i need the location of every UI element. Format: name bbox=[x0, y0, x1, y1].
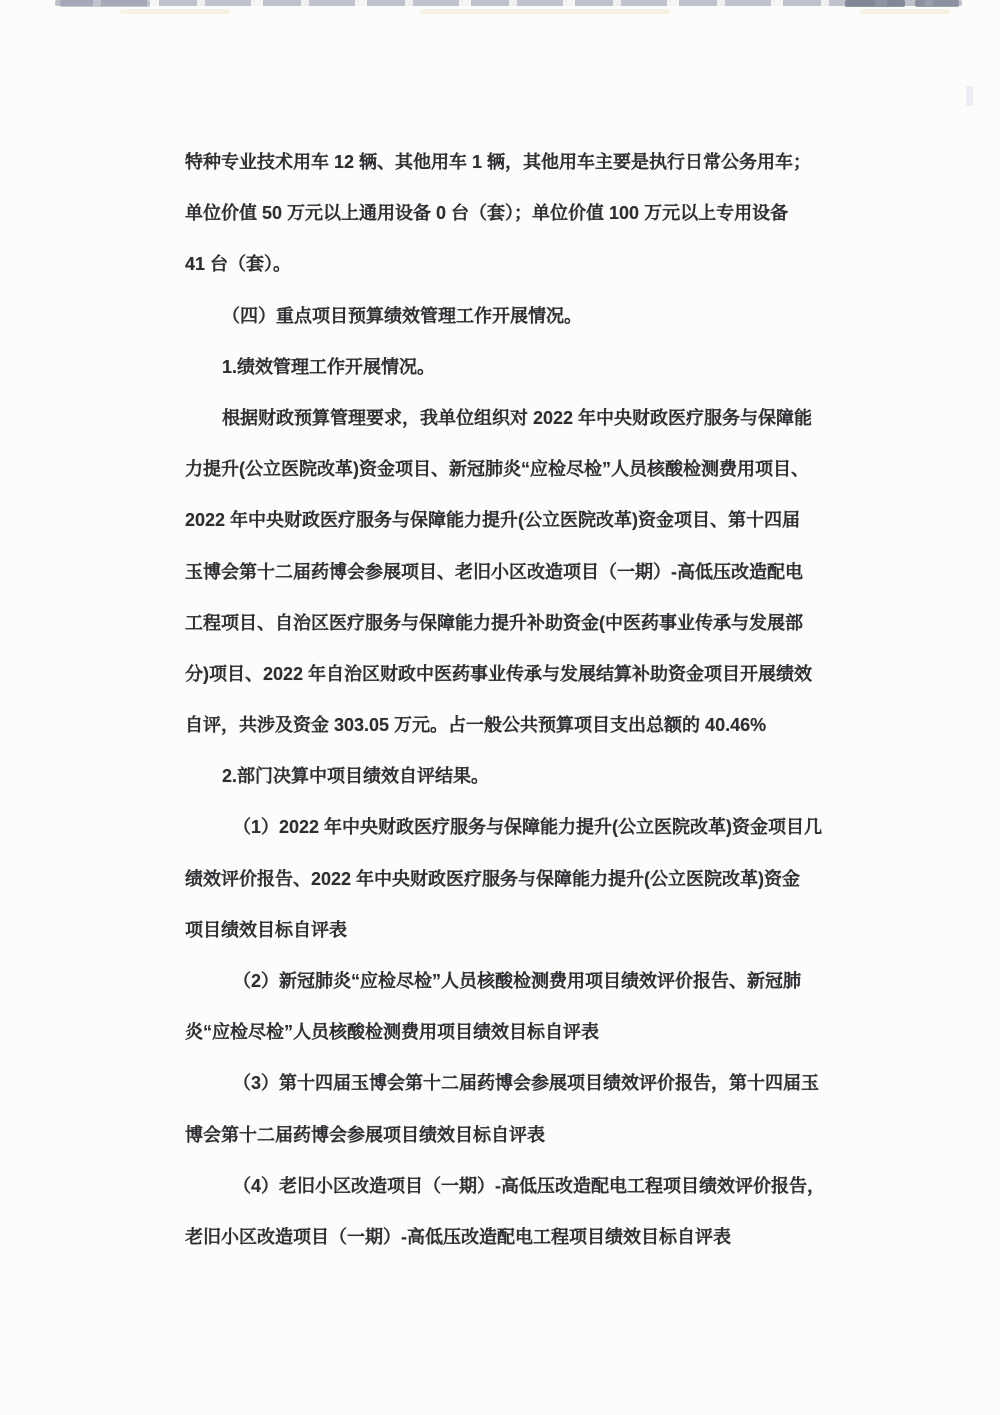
text-line: 根据财政预算管理要求，我单位组织对 2022 年中央财政医疗服务与保障能 bbox=[222, 393, 832, 444]
text-line: 单位价值 50 万元以上通用设备 0 台（套）；单位价值 100 万元以上专用设… bbox=[185, 188, 832, 239]
scan-artifact-dash bbox=[915, 0, 959, 7]
scan-artifact-top-edge bbox=[55, 0, 962, 6]
text-line: 老旧小区改造项目（一期）-高低压改造配电工程项目绩效目标自评表 bbox=[185, 1212, 832, 1263]
scan-artifact-smear bbox=[120, 9, 230, 14]
scan-artifact-right-edge bbox=[966, 86, 973, 106]
text-line: 特种专业技术用车 12 辆、其他用车 1 辆，其他用车主要是执行日常公务用车； bbox=[185, 137, 832, 188]
list-item-line: （2）新冠肺炎“应检尽检”人员核酸检测费用项目绩效评价报告、新冠肺 bbox=[233, 956, 832, 1007]
text-line: 项目绩效目标自评表 bbox=[185, 905, 832, 956]
list-item-line: （4）老旧小区改造项目（一期）-高低压改造配电工程项目绩效评价报告， bbox=[233, 1161, 832, 1212]
scanned-document-page: 特种专业技术用车 12 辆、其他用车 1 辆，其他用车主要是执行日常公务用车； … bbox=[0, 0, 1000, 1415]
text-line: 绩效评价报告、2022 年中央财政医疗服务与保障能力提升(公立医院改革)资金 bbox=[185, 854, 832, 905]
scan-artifact-dash bbox=[60, 0, 150, 7]
text-line: 博会第十二届药博会参展项目绩效目标自评表 bbox=[185, 1110, 832, 1161]
text-line: 力提升(公立医院改革)资金项目、新冠肺炎“应检尽检”人员核酸检测费用项目、 bbox=[185, 444, 832, 495]
text-line: 玉博会第十二届药博会参展项目、老旧小区改造项目（一期）-高低压改造配电 bbox=[185, 547, 832, 598]
subsection-heading: 2.部门决算中项目绩效自评结果。 bbox=[222, 751, 832, 802]
text-line: 炎“应检尽检”人员核酸检测费用项目绩效目标自评表 bbox=[185, 1007, 832, 1058]
text-line: 41 台（套）。 bbox=[185, 239, 832, 290]
subsection-heading: 1.绩效管理工作开展情况。 bbox=[222, 342, 832, 393]
document-body: 特种专业技术用车 12 辆、其他用车 1 辆，其他用车主要是执行日常公务用车； … bbox=[185, 137, 832, 1263]
list-item-line: （3）第十四届玉博会第十二届药博会参展项目绩效评价报告，第十四届玉 bbox=[233, 1058, 832, 1109]
scan-artifact-smear bbox=[420, 9, 670, 14]
text-line: 自评，共涉及资金 303.05 万元。占一般公共预算项目支出总额的 40.46% bbox=[185, 700, 832, 751]
scan-artifact-smear bbox=[860, 9, 950, 14]
text-line: 分)项目、2022 年自治区财政中医药事业传承与发展结算补助资金项目开展绩效 bbox=[185, 649, 832, 700]
list-item-line: （1）2022 年中央财政医疗服务与保障能力提升(公立医院改革)资金项目几 bbox=[233, 802, 832, 853]
scan-artifact-dash bbox=[845, 0, 905, 7]
text-line: 2022 年中央财政医疗服务与保障能力提升(公立医院改革)资金项目、第十四届 bbox=[185, 495, 832, 546]
section-heading: （四）重点项目预算绩效管理工作开展情况。 bbox=[222, 291, 832, 342]
text-line: 工程项目、自治区医疗服务与保障能力提升补助资金(中医药事业传承与发展部 bbox=[185, 598, 832, 649]
